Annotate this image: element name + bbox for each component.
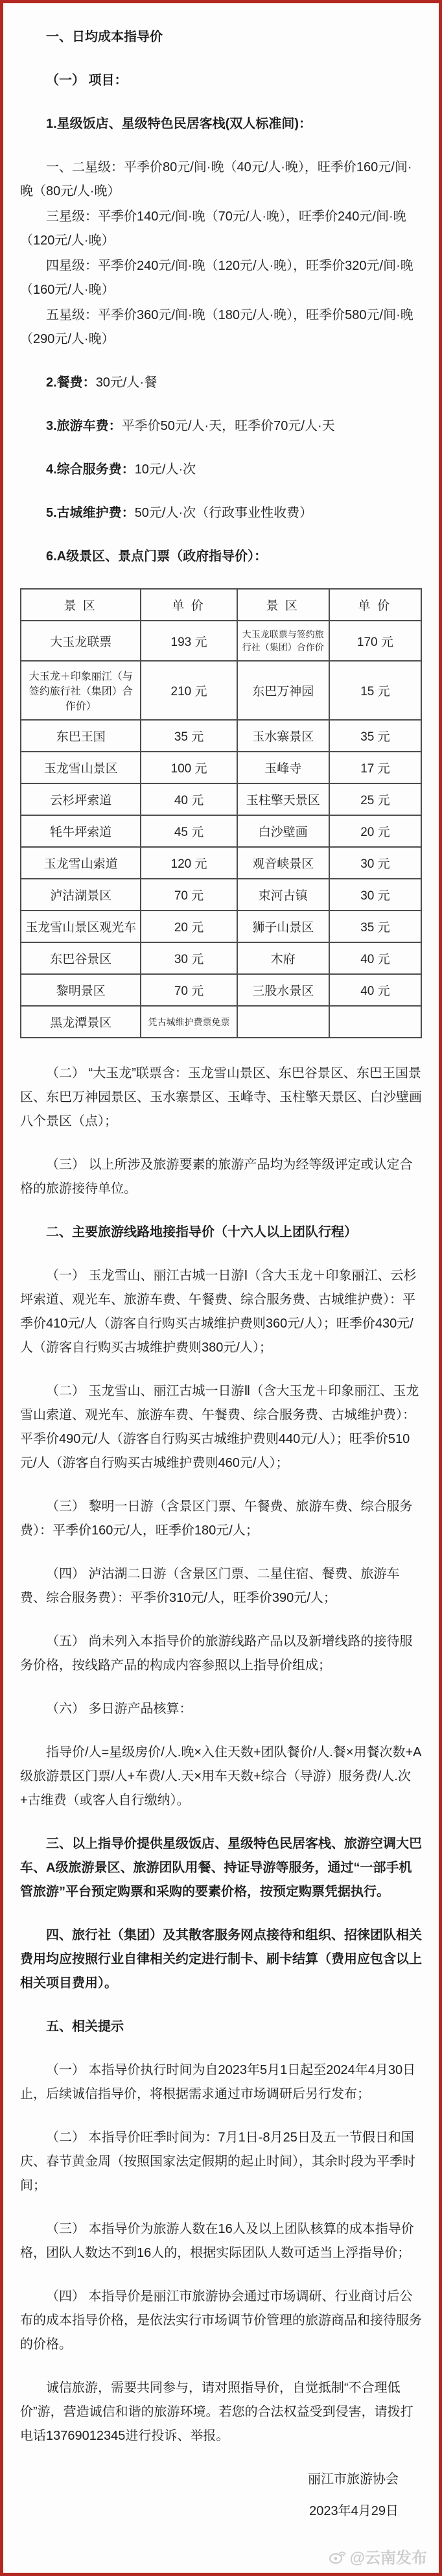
table-row: 玉龙雪山索道120 元观音峡景区30 元 <box>21 847 421 879</box>
signature-date: 2023年4月29日 <box>20 2499 422 2523</box>
table-cell: 35 元 <box>329 720 421 752</box>
table-row: 东巴谷景区30 元木府40 元 <box>21 942 421 974</box>
table-cell: 观音峡景区 <box>237 847 329 879</box>
table-cell: 35 元 <box>329 911 421 942</box>
maintenance-fee-label: 5.古城维护费： <box>46 506 135 520</box>
table-cell: 凭古城维护费票免票 <box>141 1006 237 1038</box>
table-cell: 木府 <box>237 942 329 974</box>
route-item-6: （六） 多日游产品核算： <box>20 1697 422 1721</box>
route-item-1: （一） 玉龙雪山、丽江古城一日游Ⅰ（含大玉龙＋印象丽江、云杉坪索道、观光车、旅游… <box>20 1264 422 1360</box>
tip-2: （二） 本指导价旺季时间为：7月1日-8月25日及五一节假日和国庆、春节黄金周（… <box>20 2126 422 2198</box>
table-row: 黎明景区70 元三股水景区40 元 <box>21 974 421 1006</box>
table-cell: 30 元 <box>329 847 421 879</box>
table-row: 云杉坪索道40 元玉柱擎天景区25 元 <box>21 783 421 815</box>
meal-fee-label: 2.餐费： <box>46 376 96 390</box>
table-cell: 大玉龙＋印象丽江（与签约旅行社（集团）合作价） <box>21 661 141 720</box>
table-cell: 40 元 <box>141 783 237 815</box>
table-cell: 玉龙雪山索道 <box>21 847 141 879</box>
table-cell: 玉龙雪山景区观光车 <box>21 911 141 942</box>
price-table: 景区 单价 景区 单价 大玉龙联票193 元大玉龙联票与签约旅行社（集团）合作价… <box>20 588 422 1038</box>
weibo-icon <box>329 2549 347 2564</box>
table-row: 玉龙雪山景区100 元玉峰寺17 元 <box>21 752 421 783</box>
table-cell: 25 元 <box>329 783 421 815</box>
table-cell: 云杉坪索道 <box>21 783 141 815</box>
table-cell: 70 元 <box>141 974 237 1006</box>
route-item-5: （五） 尚未列入本指导价的旅游线路产品以及新增线路的接待服务价格，按线路产品的构… <box>20 1630 422 1678</box>
table-cell: 黑龙潭景区 <box>21 1006 141 1038</box>
table-cell: 20 元 <box>329 815 421 847</box>
star-price-line-2: 三星级：平季价140元/间·晚（70元/人·晚），旺季价240元/间·晚（120… <box>20 205 422 253</box>
maintenance-fee-line: 5.古城维护费：50元/人·次（行政事业性收费） <box>20 501 422 525</box>
star-price-line-1: 一、二星级：平季价80元/间·晚（40元/人·晚），旺季价160元/间·晚（80… <box>20 156 422 204</box>
ticket-heading: 6.A级景区、景点门票（政府指导价）： <box>20 545 422 569</box>
hotel-heading: 1.星级饭店、星级特色民居客栈(双人标准间)： <box>20 112 422 136</box>
table-cell <box>237 1006 329 1038</box>
table-cell: 30 元 <box>141 942 237 974</box>
closing-paragraph: 诚信旅游，需要共同参与，请对照指导价，自觉抵制“不合理低价”游，营造诚信和谐的旅… <box>20 2376 422 2448</box>
table-cell: 狮子山景区 <box>237 911 329 942</box>
table-cell: 210 元 <box>141 661 237 720</box>
table-cell: 泸沽湖景区 <box>21 879 141 911</box>
service-fee-value: 10元/人·次 <box>135 462 196 477</box>
pricing-formula: 指导价/人=星级房价/人.晚×入住天数+团队餐价/人.餐×用餐次数+A级旅游景区… <box>20 1741 422 1813</box>
section1-item-head: （一） 项目： <box>20 69 422 93</box>
section5-title: 五、相关提示 <box>20 2015 422 2039</box>
table-cell: 东巴谷景区 <box>21 942 141 974</box>
section4-paragraph: 四、旅行社（集团）及其散客服务网点接待和组织、招徕团队相关费用均应按照行业自律相… <box>20 1924 422 1996</box>
table-cell: 40 元 <box>329 942 421 974</box>
section1-title: 一、日均成本指导价 <box>20 25 422 49</box>
table-cell: 大玉龙联票 <box>21 621 141 661</box>
table-cell: 玉峰寺 <box>237 752 329 783</box>
col-header-price-1: 单价 <box>141 589 237 621</box>
table-row: 玉龙雪山景区观光车20 元狮子山景区35 元 <box>21 911 421 942</box>
tip-3: （三） 本指导价为旅游人数在16人及以上团队核算的成本指导价格，团队人数达不到1… <box>20 2217 422 2265</box>
meal-fee-value: 30元/人·餐 <box>96 376 157 390</box>
table-header-row: 景区 单价 景区 单价 <box>21 589 421 621</box>
star-price-line-3: 四星级：平季价240元/间·晚（120元/人·晚），旺季价320元/间·晚（16… <box>20 254 422 302</box>
table-row: 大玉龙联票193 元大玉龙联票与签约旅行社（集团）合作价170 元 <box>21 621 421 661</box>
service-fee-label: 4.综合服务费： <box>46 462 135 477</box>
bus-fee-label: 3.旅游车费： <box>46 419 122 433</box>
table-cell: 大玉龙联票与签约旅行社（集团）合作价 <box>237 621 329 661</box>
col-header-area-1: 景区 <box>21 589 141 621</box>
meal-fee-line: 2.餐费：30元/人·餐 <box>20 371 422 395</box>
table-cell: 玉柱擎天景区 <box>237 783 329 815</box>
service-fee-line: 4.综合服务费：10元/人·次 <box>20 458 422 482</box>
table-cell: 三股水景区 <box>237 974 329 1006</box>
table-cell: 45 元 <box>141 815 237 847</box>
table-cell: 120 元 <box>141 847 237 879</box>
section3-paragraph: 三、以上指导价提供星级饭店、星级特色民居客栈、旅游空调大巴车、A级旅游景区、旅游… <box>20 1832 422 1904</box>
table-cell: 束河古镇 <box>237 879 329 911</box>
note-qualified-units: （三） 以上所涉及旅游要素的旅游产品均为经等级评定或认定合格的旅游接待单位。 <box>20 1153 422 1201</box>
route-item-2: （二） 玉龙雪山、丽江古城一日游Ⅱ（含大玉龙＋印象丽江、玉龙雪山索道、观光车、旅… <box>20 1379 422 1475</box>
table-cell: 70 元 <box>141 879 237 911</box>
document-page: 一、日均成本指导价 （一） 项目： 1.星级饭店、星级特色民居客栈(双人标准间)… <box>0 0 442 2576</box>
section2-title: 二、主要旅游线路地接指导价（十六人以上团队行程） <box>20 1221 422 1245</box>
bus-fee-line: 3.旅游车费：平季价50元/人·天，旺季价70元/人·天 <box>20 414 422 438</box>
signature: 丽江市旅游协会 <box>20 2468 422 2492</box>
maintenance-fee-value: 50元/人·次（行政事业性收费） <box>135 506 312 520</box>
tip-4: （四） 本指导价是丽江市旅游协会通过市场调研、行业商讨后公布的成本指导价格，是依… <box>20 2285 422 2357</box>
watermark-text: @云南发布 <box>350 2545 427 2568</box>
bus-fee-value: 平季价50元/人·天，旺季价70元/人·天 <box>122 419 335 433</box>
table-cell: 40 元 <box>329 974 421 1006</box>
tip-1: （一） 本指导价执行时间为自2023年5月1日起至2024年4月30日止，后续诚… <box>20 2058 422 2106</box>
table-cell: 玉龙雪山景区 <box>21 752 141 783</box>
table-cell: 东巴万神园 <box>237 661 329 720</box>
table-cell: 15 元 <box>329 661 421 720</box>
table-cell: 193 元 <box>141 621 237 661</box>
note-dayulong-combo: （二） “大玉龙”联票含：玉龙雪山景区、东巴谷景区、东巴王国景区、东巴万神园景区… <box>20 1062 422 1134</box>
table-cell: 玉水寨景区 <box>237 720 329 752</box>
table-row: 黑龙潭景区凭古城维护费票免票 <box>21 1006 421 1038</box>
table-row: 泸沽湖景区70 元束河古镇30 元 <box>21 879 421 911</box>
table-row: 东巴王国35 元玉水寨景区35 元 <box>21 720 421 752</box>
col-header-price-2: 单价 <box>329 589 421 621</box>
table-cell: 白沙壁画 <box>237 815 329 847</box>
table-cell: 35 元 <box>141 720 237 752</box>
star-price-line-4: 五星级：平季价360元/间·晚（180元/人·晚），旺季价580元/间·晚（29… <box>20 304 422 352</box>
price-table-body: 大玉龙联票193 元大玉龙联票与签约旅行社（集团）合作价170 元大玉龙＋印象丽… <box>21 621 421 1038</box>
table-row: 牦牛坪索道45 元白沙壁画20 元 <box>21 815 421 847</box>
table-row: 大玉龙＋印象丽江（与签约旅行社（集团）合作价）210 元东巴万神园15 元 <box>21 661 421 720</box>
table-cell: 牦牛坪索道 <box>21 815 141 847</box>
table-cell: 100 元 <box>141 752 237 783</box>
route-item-4: （四） 泸沽湖二日游（含景区门票、二星住宿、餐费、旅游车费、综合服务费）：平季价… <box>20 1562 422 1610</box>
table-cell: 17 元 <box>329 752 421 783</box>
table-cell: 东巴王国 <box>21 720 141 752</box>
table-cell: 黎明景区 <box>21 974 141 1006</box>
table-cell: 170 元 <box>329 621 421 661</box>
route-item-3: （三） 黎明一日游（含景区门票、午餐费、旅游车费、综合服务费）：平季价160元/… <box>20 1495 422 1543</box>
table-cell <box>329 1006 421 1038</box>
table-cell: 30 元 <box>329 879 421 911</box>
col-header-area-2: 景区 <box>237 589 329 621</box>
watermark: @云南发布 <box>329 2545 427 2568</box>
table-cell: 20 元 <box>141 911 237 942</box>
